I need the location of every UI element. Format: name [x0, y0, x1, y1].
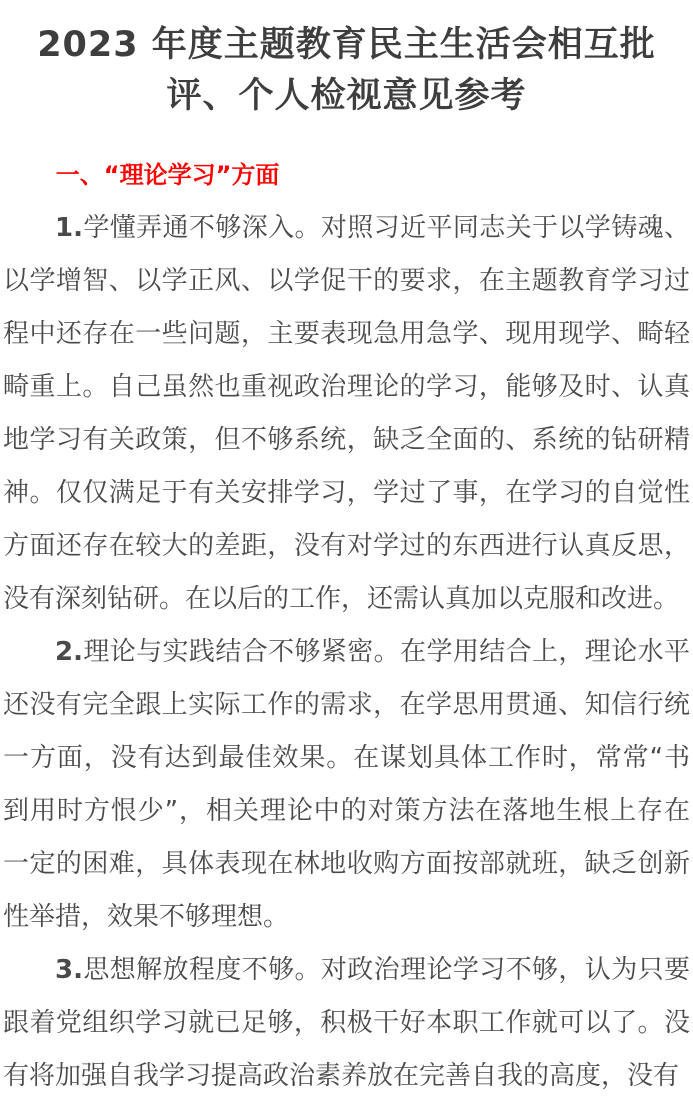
- paragraph-2-text: 理论与实践结合不够紧密。在学用结合上，理论水平还没有完全跟上实际工作的需求，在学…: [3, 637, 690, 932]
- paragraph-2-number: 2.: [55, 637, 83, 667]
- paragraph-1-text: 学懂弄通不够深入。对照习近平同志关于以学铸魂、以学增智、以学正风、以学促干的要求…: [3, 213, 690, 614]
- document-title: 2023 年度主题教育民主生活会相互批评、个人检视意见参考: [3, 20, 690, 122]
- paragraph-1-number: 1.: [55, 213, 83, 243]
- paragraph-3: 3.思想解放程度不够。对政治理论学习不够，认为只要跟着党组织学习就已足够，积极干…: [3, 944, 690, 1097]
- section-heading-theory-study: 一、“理论学习”方面: [3, 149, 690, 202]
- paragraph-2: 2.理论与实践结合不够紧密。在学用结合上，理论水平还没有完全跟上实际工作的需求，…: [3, 626, 690, 944]
- paragraph-1: 1.学懂弄通不够深入。对照习近平同志关于以学铸魂、以学增智、以学正风、以学促干的…: [3, 202, 690, 626]
- paragraph-3-number: 3.: [55, 955, 83, 985]
- document-page: 2023 年度主题教育民主生活会相互批评、个人检视意见参考 一、“理论学习”方面…: [0, 0, 693, 1097]
- paragraph-3-text: 思想解放程度不够。对政治理论学习不够，认为只要跟着党组织学习就已足够，积极干好本…: [3, 955, 690, 1091]
